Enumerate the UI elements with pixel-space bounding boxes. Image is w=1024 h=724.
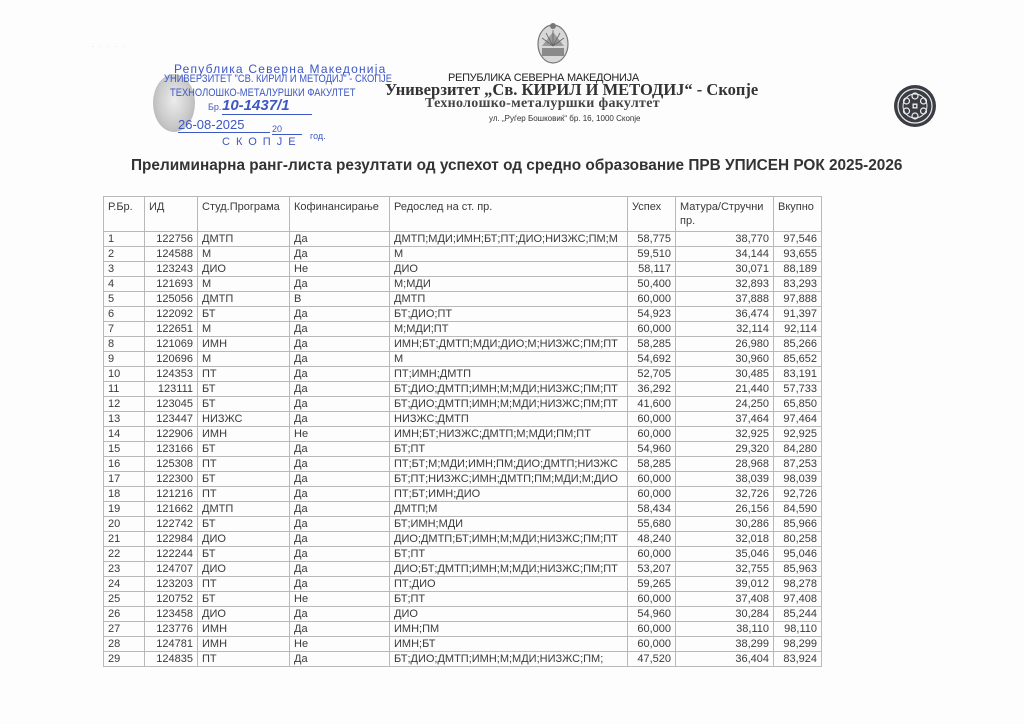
cell-success: 52,705: [628, 367, 676, 382]
table-row: 15123166БТДаБТ;ПТ54,96029,32084,280: [104, 442, 822, 457]
cell-id: 124835: [145, 652, 198, 667]
table-row: 18121216ПТДаПТ;БТ;ИМН;ДИО60,00032,72692,…: [104, 487, 822, 502]
cell-preference-order: ПТ;БТ;М;МДИ;ИМН;ПМ;ДИО;ДМТП;НИЗЖС: [390, 457, 628, 472]
cell-program: НИЗЖС: [198, 412, 290, 427]
cell-program: БТ: [198, 547, 290, 562]
cell-preference-order: НИЗЖС;ДМТП: [390, 412, 628, 427]
cell-id: 122742: [145, 517, 198, 532]
cell-cofinancing: В: [290, 292, 390, 307]
cell-preference-order: М: [390, 247, 628, 262]
cell-total: 92,925: [774, 427, 822, 442]
cell-total: 91,397: [774, 307, 822, 322]
cell-matura: 32,925: [676, 427, 774, 442]
cell-matura: 30,284: [676, 607, 774, 622]
cell-id: 122092: [145, 307, 198, 322]
cell-total: 95,046: [774, 547, 822, 562]
cell-success: 60,000: [628, 622, 676, 637]
cell-program: БТ: [198, 307, 290, 322]
cell-id: 123458: [145, 607, 198, 622]
stamp-university: УНИВЕРЗИТЕТ "СВ. КИРИЛ И МЕТОДИЈ" - СКОП…: [164, 73, 392, 85]
table-row: 11123111БТДаБТ;ДИО;ДМТП;ИМН;М;МДИ;НИЗЖС;…: [104, 382, 822, 397]
cell-program: ПТ: [198, 652, 290, 667]
cell-rank: 24: [104, 577, 145, 592]
cell-id: 123776: [145, 622, 198, 637]
cell-cofinancing: Да: [290, 247, 390, 262]
stamp-city: СКОПЈЕ: [222, 136, 302, 148]
stamp-year-suffix: год.: [310, 131, 326, 141]
cell-rank: 5: [104, 292, 145, 307]
cell-rank: 2: [104, 247, 145, 262]
stamp-number: 10-1437/1: [222, 97, 312, 115]
cell-program: ИМН: [198, 622, 290, 637]
cell-success: 53,207: [628, 562, 676, 577]
cell-success: 59,265: [628, 577, 676, 592]
cell-id: 125056: [145, 292, 198, 307]
stamp-year-prefix: 20: [272, 124, 302, 135]
cell-preference-order: БТ;ДИО;ДМТП;ИМН;М;МДИ;НИЗЖС;ПМ;ПТ: [390, 382, 628, 397]
cell-program: ДИО: [198, 532, 290, 547]
cell-matura: 32,114: [676, 322, 774, 337]
cell-program: М: [198, 352, 290, 367]
cell-total: 92,114: [774, 322, 822, 337]
table-row: 24123203ПТДаПТ;ДИО59,26539,01298,278: [104, 577, 822, 592]
cell-preference-order: ИМН;БТ: [390, 637, 628, 652]
cell-program: ДИО: [198, 262, 290, 277]
cell-cofinancing: Не: [290, 637, 390, 652]
cell-program: ДМТП: [198, 232, 290, 247]
cell-id: 123045: [145, 397, 198, 412]
cell-total: 98,278: [774, 577, 822, 592]
cell-success: 54,960: [628, 607, 676, 622]
cell-program: БТ: [198, 382, 290, 397]
table-row: 23124707ДИОДаДИО;БТ;ДМТП;ИМН;М;МДИ;НИЗЖС…: [104, 562, 822, 577]
cell-id: 124781: [145, 637, 198, 652]
cell-rank: 1: [104, 232, 145, 247]
cell-success: 48,240: [628, 532, 676, 547]
cell-cofinancing: Да: [290, 457, 390, 472]
cell-success: 60,000: [628, 547, 676, 562]
cell-cofinancing: Да: [290, 352, 390, 367]
table-row: 10124353ПТДаПТ;ИМН;ДМТП52,70530,48583,19…: [104, 367, 822, 382]
cell-total: 83,191: [774, 367, 822, 382]
cell-success: 60,000: [628, 292, 676, 307]
cell-preference-order: БТ;ДИО;ДМТП;ИМН;М;МДИ;НИЗЖС;ПМ;: [390, 652, 628, 667]
cell-program: ПТ: [198, 577, 290, 592]
cell-total: 65,850: [774, 397, 822, 412]
cell-preference-order: ИМН;БТ;ДМТП;МДИ;ДИО;М;НИЗЖС;ПМ;ПТ: [390, 337, 628, 352]
table-row: 1122756ДМТПДаДМТП;МДИ;ИМН;БТ;ПТ;ДИО;НИЗЖ…: [104, 232, 822, 247]
cell-success: 59,510: [628, 247, 676, 262]
table-row: 28124781ИМННеИМН;БТ60,00038,29998,299: [104, 637, 822, 652]
cell-program: ИМН: [198, 337, 290, 352]
cell-preference-order: БТ;ПТ;НИЗЖС;ИМН;ДМТП;ПМ;МДИ;М;ДИО: [390, 472, 628, 487]
cell-program: ДИО: [198, 562, 290, 577]
col-total: Вкупно: [774, 197, 822, 232]
cell-preference-order: ИМН;БТ;НИЗЖС;ДМТП;М;МДИ;ПМ;ПТ: [390, 427, 628, 442]
cell-total: 83,924: [774, 652, 822, 667]
cell-matura: 21,440: [676, 382, 774, 397]
table-row: 13123447НИЗЖСДаНИЗЖС;ДМТП60,00037,46497,…: [104, 412, 822, 427]
cell-success: 58,775: [628, 232, 676, 247]
cell-rank: 14: [104, 427, 145, 442]
cell-cofinancing: Да: [290, 532, 390, 547]
cell-cofinancing: Да: [290, 577, 390, 592]
table-row: 20122742БТДаБТ;ИМН;МДИ55,68030,28685,966: [104, 517, 822, 532]
cell-preference-order: ИМН;ПМ: [390, 622, 628, 637]
cell-id: 123166: [145, 442, 198, 457]
cell-preference-order: ДИО: [390, 607, 628, 622]
cell-success: 60,000: [628, 427, 676, 442]
cell-cofinancing: Да: [290, 232, 390, 247]
faculty-logo-icon: [893, 84, 937, 128]
cell-id: 125308: [145, 457, 198, 472]
table-row: 12123045БТДаБТ;ДИО;ДМТП;ИМН;М;МДИ;НИЗЖС;…: [104, 397, 822, 412]
cell-cofinancing: Не: [290, 427, 390, 442]
cell-matura: 32,755: [676, 562, 774, 577]
cell-cofinancing: Да: [290, 622, 390, 637]
cell-cofinancing: Да: [290, 487, 390, 502]
cell-rank: 11: [104, 382, 145, 397]
cell-cofinancing: Да: [290, 547, 390, 562]
cell-program: БТ: [198, 397, 290, 412]
cell-total: 87,253: [774, 457, 822, 472]
col-cofinancing: Кофинансирање: [290, 197, 390, 232]
scan-mark: · · · · ·: [92, 44, 127, 50]
cell-success: 54,923: [628, 307, 676, 322]
cell-program: ПТ: [198, 487, 290, 502]
cell-matura: 26,980: [676, 337, 774, 352]
table-row: 8121069ИМНДаИМН;БТ;ДМТП;МДИ;ДИО;М;НИЗЖС;…: [104, 337, 822, 352]
cell-success: 54,692: [628, 352, 676, 367]
cell-cofinancing: Да: [290, 412, 390, 427]
cell-cofinancing: Да: [290, 442, 390, 457]
cell-id: 124707: [145, 562, 198, 577]
cell-success: 54,960: [628, 442, 676, 457]
cell-preference-order: ДМТП;МДИ;ИМН;БТ;ПТ;ДИО;НИЗЖС;ПМ;М: [390, 232, 628, 247]
cell-matura: 34,144: [676, 247, 774, 262]
header-address: ул. „Руѓер Бошковиќ“ бр. 16, 1000 Скопје: [489, 114, 640, 123]
table-row: 2124588МДаМ59,51034,14493,655: [104, 247, 822, 262]
cell-matura: 38,110: [676, 622, 774, 637]
cell-total: 84,280: [774, 442, 822, 457]
cell-total: 93,655: [774, 247, 822, 262]
table-row: 25120752БТНеБТ;ПТ60,00037,40897,408: [104, 592, 822, 607]
table-row: 22122244БТДаБТ;ПТ60,00035,04695,046: [104, 547, 822, 562]
cell-program: ДИО: [198, 607, 290, 622]
cell-program: М: [198, 247, 290, 262]
cell-matura: 37,408: [676, 592, 774, 607]
cell-id: 120696: [145, 352, 198, 367]
cell-cofinancing: Да: [290, 517, 390, 532]
cell-preference-order: ДИО: [390, 262, 628, 277]
cell-program: БТ: [198, 517, 290, 532]
cell-success: 60,000: [628, 592, 676, 607]
stamp-number-label: Бр.: [208, 102, 221, 112]
cell-matura: 32,018: [676, 532, 774, 547]
cell-matura: 30,071: [676, 262, 774, 277]
cell-preference-order: БТ;ИМН;МДИ: [390, 517, 628, 532]
col-success: Успех: [628, 197, 676, 232]
cell-success: 60,000: [628, 472, 676, 487]
cell-rank: 27: [104, 622, 145, 637]
cell-cofinancing: Да: [290, 337, 390, 352]
col-matura: Матура/Стручни пр.: [676, 197, 774, 232]
cell-program: ИМН: [198, 427, 290, 442]
cell-success: 60,000: [628, 637, 676, 652]
cell-program: М: [198, 322, 290, 337]
cell-cofinancing: Да: [290, 607, 390, 622]
cell-cofinancing: Да: [290, 397, 390, 412]
cell-rank: 23: [104, 562, 145, 577]
table-row: 19121662ДМТПДаДМТП;М58,43426,15684,590: [104, 502, 822, 517]
cell-id: 120752: [145, 592, 198, 607]
cell-success: 50,400: [628, 277, 676, 292]
cell-matura: 30,960: [676, 352, 774, 367]
table-row: 16125308ПТДаПТ;БТ;М;МДИ;ИМН;ПМ;ДИО;ДМТП;…: [104, 457, 822, 472]
cell-cofinancing: Не: [290, 262, 390, 277]
page-title: Прелиминарна ранг-листа резултати од усп…: [131, 157, 902, 175]
cell-cofinancing: Да: [290, 562, 390, 577]
cell-program: М: [198, 277, 290, 292]
cell-program: ПТ: [198, 457, 290, 472]
table-row: 5125056ДМТПВДМТП60,00037,88897,888: [104, 292, 822, 307]
results-table: Р.Бр. ИД Студ.Програма Кофинансирање Ред…: [103, 196, 822, 667]
cell-total: 85,266: [774, 337, 822, 352]
cell-preference-order: ПТ;ИМН;ДМТП: [390, 367, 628, 382]
cell-matura: 28,968: [676, 457, 774, 472]
cell-program: ПТ: [198, 367, 290, 382]
cell-id: 122756: [145, 232, 198, 247]
cell-matura: 36,474: [676, 307, 774, 322]
registry-stamp: Република Северна Македонија УНИВЕРЗИТЕТ…: [150, 62, 390, 157]
cell-rank: 17: [104, 472, 145, 487]
cell-id: 123111: [145, 382, 198, 397]
col-rank: Р.Бр.: [104, 197, 145, 232]
cell-rank: 18: [104, 487, 145, 502]
cell-success: 58,117: [628, 262, 676, 277]
cell-preference-order: М: [390, 352, 628, 367]
cell-rank: 8: [104, 337, 145, 352]
cell-rank: 6: [104, 307, 145, 322]
cell-program: ДМТП: [198, 292, 290, 307]
cell-program: ДМТП: [198, 502, 290, 517]
cell-preference-order: БТ;ПТ: [390, 592, 628, 607]
cell-success: 58,285: [628, 337, 676, 352]
cell-cofinancing: Да: [290, 322, 390, 337]
cell-matura: 32,893: [676, 277, 774, 292]
table-row: 14122906ИМННеИМН;БТ;НИЗЖС;ДМТП;М;МДИ;ПМ;…: [104, 427, 822, 442]
cell-id: 121693: [145, 277, 198, 292]
cell-matura: 32,726: [676, 487, 774, 502]
cell-total: 92,726: [774, 487, 822, 502]
cell-id: 121662: [145, 502, 198, 517]
cell-rank: 4: [104, 277, 145, 292]
table-row: 3123243ДИОНеДИО58,11730,07188,189: [104, 262, 822, 277]
cell-success: 60,000: [628, 322, 676, 337]
table-row: 4121693МДаМ;МДИ50,40032,89383,293: [104, 277, 822, 292]
cell-matura: 30,286: [676, 517, 774, 532]
cell-total: 97,408: [774, 592, 822, 607]
cell-rank: 25: [104, 592, 145, 607]
cell-preference-order: БТ;ПТ: [390, 547, 628, 562]
cell-program: ИМН: [198, 637, 290, 652]
cell-matura: 38,299: [676, 637, 774, 652]
cell-rank: 16: [104, 457, 145, 472]
cell-id: 123243: [145, 262, 198, 277]
cell-preference-order: М;МДИ: [390, 277, 628, 292]
cell-matura: 29,320: [676, 442, 774, 457]
cell-total: 80,258: [774, 532, 822, 547]
cell-rank: 21: [104, 532, 145, 547]
cell-success: 55,680: [628, 517, 676, 532]
cell-id: 124588: [145, 247, 198, 262]
cell-total: 84,590: [774, 502, 822, 517]
table-row: 17122300БТДаБТ;ПТ;НИЗЖС;ИМН;ДМТП;ПМ;МДИ;…: [104, 472, 822, 487]
cell-matura: 38,039: [676, 472, 774, 487]
cell-rank: 15: [104, 442, 145, 457]
cell-program: БТ: [198, 442, 290, 457]
cell-cofinancing: Да: [290, 382, 390, 397]
cell-total: 97,546: [774, 232, 822, 247]
cell-preference-order: ДМТП: [390, 292, 628, 307]
cell-id: 122906: [145, 427, 198, 442]
table-header-row: Р.Бр. ИД Студ.Програма Кофинансирање Ред…: [104, 197, 822, 232]
coat-of-arms-icon: [534, 20, 572, 66]
cell-success: 58,434: [628, 502, 676, 517]
header-faculty: Технолошко-металуршки факултет: [425, 96, 660, 112]
cell-id: 122300: [145, 472, 198, 487]
table-row: 26123458ДИОДаДИО54,96030,28485,244: [104, 607, 822, 622]
table-row: 29124835ПТДаБТ;ДИО;ДМТП;ИМН;М;МДИ;НИЗЖС;…: [104, 652, 822, 667]
cell-total: 85,963: [774, 562, 822, 577]
cell-preference-order: ДМТП;М: [390, 502, 628, 517]
cell-preference-order: БТ;ДИО;ПТ: [390, 307, 628, 322]
cell-preference-order: ДИО;БТ;ДМТП;ИМН;М;МДИ;НИЗЖС;ПМ;ПТ: [390, 562, 628, 577]
cell-rank: 7: [104, 322, 145, 337]
cell-total: 85,244: [774, 607, 822, 622]
cell-matura: 30,485: [676, 367, 774, 382]
cell-total: 85,652: [774, 352, 822, 367]
cell-total: 83,293: [774, 277, 822, 292]
cell-matura: 38,770: [676, 232, 774, 247]
cell-cofinancing: Да: [290, 367, 390, 382]
cell-program: БТ: [198, 592, 290, 607]
cell-matura: 26,156: [676, 502, 774, 517]
cell-matura: 39,012: [676, 577, 774, 592]
cell-matura: 35,046: [676, 547, 774, 562]
cell-rank: 3: [104, 262, 145, 277]
stamp-date: 26-08-2025: [178, 117, 270, 133]
cell-matura: 24,250: [676, 397, 774, 412]
cell-id: 121216: [145, 487, 198, 502]
cell-program: БТ: [198, 472, 290, 487]
table-row: 9120696МДаМ54,69230,96085,652: [104, 352, 822, 367]
cell-rank: 12: [104, 397, 145, 412]
cell-preference-order: БТ;ДИО;ДМТП;ИМН;М;МДИ;НИЗЖС;ПМ;ПТ: [390, 397, 628, 412]
table-row: 6122092БТДаБТ;ДИО;ПТ54,92336,47491,397: [104, 307, 822, 322]
cell-total: 98,039: [774, 472, 822, 487]
cell-id: 122651: [145, 322, 198, 337]
cell-cofinancing: Да: [290, 472, 390, 487]
table-row: 27123776ИМНДаИМН;ПМ60,00038,11098,110: [104, 622, 822, 637]
cell-total: 98,110: [774, 622, 822, 637]
table-row: 7122651МДаМ;МДИ;ПТ60,00032,11492,114: [104, 322, 822, 337]
cell-rank: 19: [104, 502, 145, 517]
cell-cofinancing: Да: [290, 307, 390, 322]
cell-success: 58,285: [628, 457, 676, 472]
cell-cofinancing: Да: [290, 652, 390, 667]
cell-preference-order: ПТ;БТ;ИМН;ДИО: [390, 487, 628, 502]
cell-total: 97,888: [774, 292, 822, 307]
cell-id: 121069: [145, 337, 198, 352]
cell-preference-order: ДИО;ДМТП;БТ;ИМН;М;МДИ;НИЗЖС;ПМ;ПТ: [390, 532, 628, 547]
cell-total: 98,299: [774, 637, 822, 652]
cell-id: 124353: [145, 367, 198, 382]
cell-total: 88,189: [774, 262, 822, 277]
cell-id: 122984: [145, 532, 198, 547]
cell-id: 123447: [145, 412, 198, 427]
cell-rank: 20: [104, 517, 145, 532]
cell-success: 36,292: [628, 382, 676, 397]
cell-preference-order: БТ;ПТ: [390, 442, 628, 457]
cell-rank: 22: [104, 547, 145, 562]
cell-success: 60,000: [628, 412, 676, 427]
cell-total: 97,464: [774, 412, 822, 427]
table-row: 21122984ДИОДаДИО;ДМТП;БТ;ИМН;М;МДИ;НИЗЖС…: [104, 532, 822, 547]
cell-cofinancing: Да: [290, 502, 390, 517]
cell-preference-order: М;МДИ;ПТ: [390, 322, 628, 337]
cell-rank: 9: [104, 352, 145, 367]
cell-id: 122244: [145, 547, 198, 562]
cell-cofinancing: Да: [290, 277, 390, 292]
cell-matura: 37,464: [676, 412, 774, 427]
cell-matura: 37,888: [676, 292, 774, 307]
col-id: ИД: [145, 197, 198, 232]
cell-rank: 13: [104, 412, 145, 427]
col-preference-order: Редослед на ст. пр.: [390, 197, 628, 232]
cell-success: 47,520: [628, 652, 676, 667]
cell-success: 60,000: [628, 487, 676, 502]
cell-preference-order: ПТ;ДИО: [390, 577, 628, 592]
cell-cofinancing: Не: [290, 592, 390, 607]
cell-id: 123203: [145, 577, 198, 592]
cell-total: 57,733: [774, 382, 822, 397]
cell-rank: 29: [104, 652, 145, 667]
cell-matura: 36,404: [676, 652, 774, 667]
cell-rank: 10: [104, 367, 145, 382]
col-program: Студ.Програма: [198, 197, 290, 232]
cell-rank: 26: [104, 607, 145, 622]
cell-success: 41,600: [628, 397, 676, 412]
cell-total: 85,966: [774, 517, 822, 532]
cell-rank: 28: [104, 637, 145, 652]
